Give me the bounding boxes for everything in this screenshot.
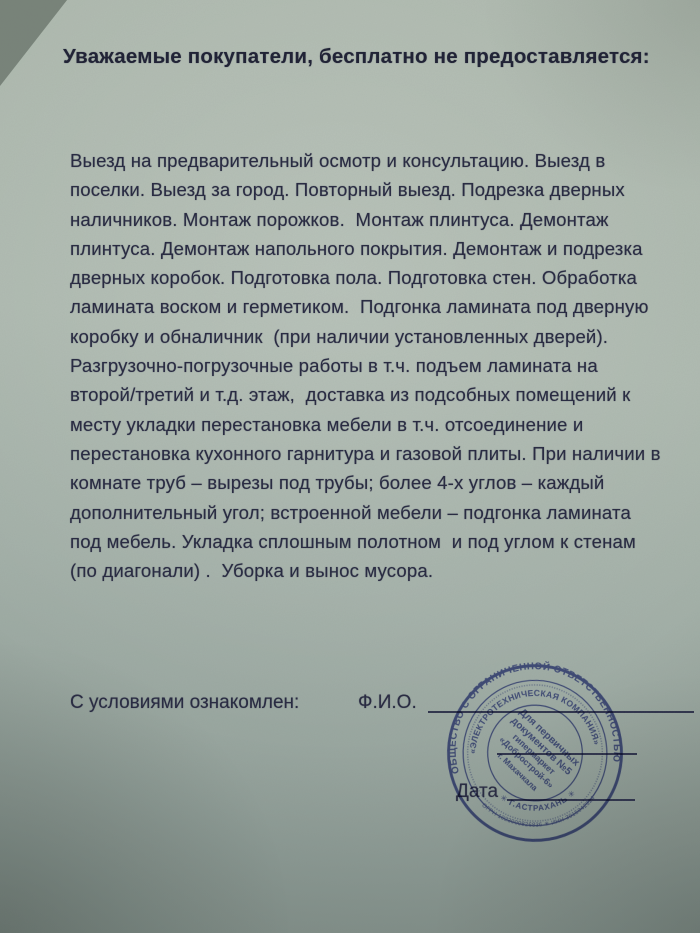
stamp-city-ring-text: ✳ Г.АСТРАХАНЬ ✳: [498, 788, 579, 816]
document-line: ламината воском и герметиком. Подгонка л…: [70, 292, 670, 321]
document-line: поселки. Выезд за город. Повторный выезд…: [70, 175, 670, 204]
acknowledgement-label: С условиями ознакомлен:: [70, 692, 299, 714]
document-body: Выезд на предварительный осмотр и консул…: [70, 146, 670, 585]
stamp-svg: ОБЩЕСТВО С ОГРАНИЧЕННОЙ ОТВЕТСТВЕННОСТЬЮ…: [438, 655, 632, 851]
photo-of-document: { "document": { "title": "Уважаемые поку…: [0, 0, 700, 933]
document-line: плинтуса. Демонтаж напольного покрытия. …: [70, 234, 670, 263]
document-line: месту укладки перестановка мебели в т.ч.…: [70, 410, 670, 439]
document-line: наличников. Монтаж порожков. Монтаж плин…: [70, 205, 670, 234]
company-round-stamp: ОБЩЕСТВО С ОГРАНИЧЕННОЙ ОТВЕТСТВЕННОСТЬЮ…: [438, 655, 632, 851]
document-line: под мебель. Укладка сплошным полотном и …: [70, 527, 670, 556]
document-line: Выезд на предварительный осмотр и консул…: [70, 146, 670, 175]
document-line: комнате труб – вырезы под трубы; более 4…: [70, 468, 670, 497]
document-line: второй/третий и т.д. этаж, доставка из п…: [70, 380, 670, 409]
document-title: Уважаемые покупатели, бесплатно не предо…: [63, 45, 663, 69]
document-line: Разгрузочно-погрузочные работы в т.ч. по…: [70, 351, 670, 380]
fio-label: Ф.И.О.: [358, 692, 417, 714]
document-line: коробку и обналичник (при наличии устано…: [70, 322, 670, 351]
document-line: перестановка кухонного гарнитура и газов…: [70, 439, 670, 468]
document-line: дополнительный угол; встроенной мебели –…: [70, 498, 670, 527]
document-line: (по диагонали) . Уборка и вынос мусора.: [70, 556, 670, 585]
document-line: дверных коробок. Подготовка пола. Подгот…: [70, 263, 670, 292]
